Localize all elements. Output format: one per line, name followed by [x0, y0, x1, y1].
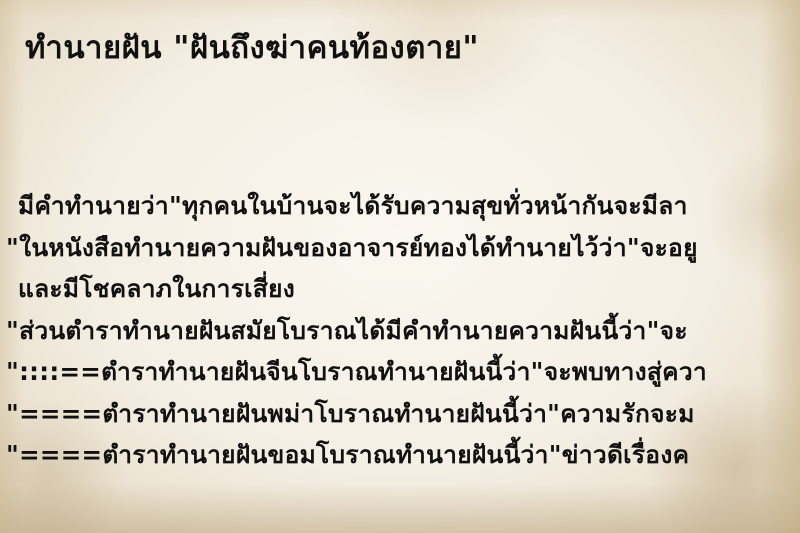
text-line: มีคำทำนายว่า"ทุกคนในบ้านจะได้รับความสุขท…: [0, 185, 800, 227]
text-line: "ส่วนตำราทำนายฝันสมัยโบราณได้มีคำทำนายคว…: [0, 310, 800, 352]
text-line: "====ตำราทำนายฝันพม่าโบราณทำนายฝันนี้ว่า…: [0, 393, 800, 435]
text-line: "====ตำราทำนายฝันขอมโบราณทำนายฝันนี้ว่า"…: [0, 434, 800, 476]
prediction-text-block: มีคำทำนายว่า"ทุกคนในบ้านจะได้รับความสุขท…: [0, 185, 800, 476]
page-title: ทำนายฝัน "ฝันถึงฆ่าคนท้องตาย": [25, 18, 479, 78]
text-line: "ในหนังสือทำนายความฝันของอาจารย์ทองได้ทำ…: [0, 227, 800, 269]
text-line: และมีโชคลาภในการเสี่ยง: [0, 268, 800, 310]
text-line: "::::==ตำราทำนายฝันจีนโบราณทำนายฝันนี้ว่…: [0, 351, 800, 393]
